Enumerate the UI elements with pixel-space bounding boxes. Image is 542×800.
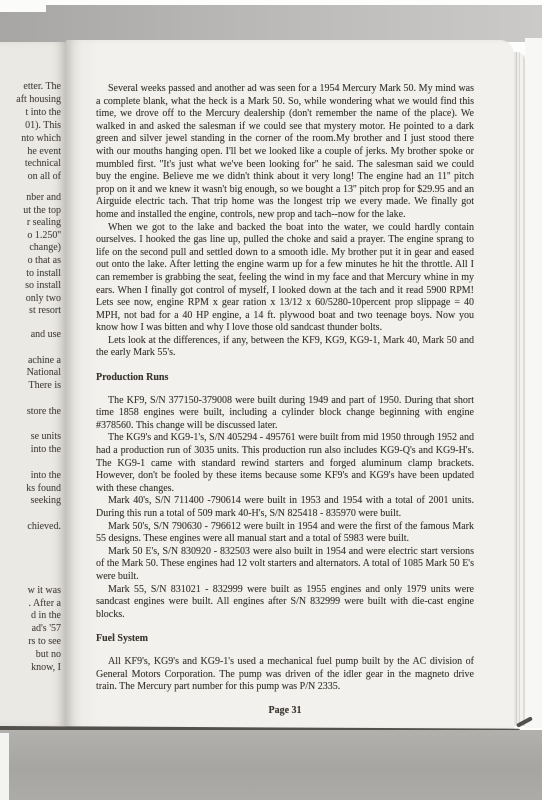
- body-paragraph: Several weeks passed and another ad was …: [96, 83, 474, 222]
- bleed-text-fragment: seeking: [30, 495, 61, 507]
- bleed-text-fragment: etter. The: [23, 81, 61, 93]
- bleed-text-fragment: 01). This: [25, 120, 61, 132]
- page-number: Page 31: [96, 705, 474, 718]
- body-paragraph: All KF9's, KG9's and KG9-1's used a mech…: [96, 656, 474, 694]
- bleed-text-fragment: so install: [25, 280, 61, 292]
- bleed-text-fragment: aft housing: [16, 94, 61, 106]
- bleed-text-fragment: store the: [27, 406, 61, 418]
- bleed-text-fragment: r sealing: [27, 217, 61, 229]
- body-paragraph: Lets look at the differences, if any, be…: [96, 335, 474, 360]
- scanner-background-bottom: [0, 730, 542, 800]
- page-content: Several weeks passed and another ad was …: [96, 83, 474, 717]
- section-heading: Fuel System: [96, 633, 474, 646]
- scanner-edge-bottom-left: [0, 733, 9, 800]
- scanner-edge-corner: [0, 0, 46, 12]
- bleed-text-fragment: t into the: [25, 107, 61, 119]
- bleed-text-fragment: National: [27, 367, 61, 379]
- bleed-text-fragment: st resort: [29, 305, 61, 317]
- body-paragraph: Mark 50's, S/N 790630 - 796612 were buil…: [96, 521, 474, 546]
- bleed-text-fragment: . After a: [29, 598, 62, 610]
- bleed-text-fragment: change): [29, 242, 61, 254]
- bleed-text-fragment: know, I: [31, 662, 61, 674]
- bleed-text-fragment: only two: [26, 293, 61, 305]
- scanner-background-right: [525, 38, 542, 728]
- bleed-text-fragment: rs to see: [28, 636, 61, 648]
- page-stack-edges: [514, 52, 525, 726]
- bleed-text-fragment: d in the: [31, 610, 61, 622]
- bleed-text-fragment: to install: [26, 268, 61, 280]
- bleed-text-fragment: but no: [36, 649, 61, 661]
- bleed-text-fragment: nber and: [26, 192, 61, 204]
- body-paragraph: Mark 50 E's, S/N 830920 - 832503 were al…: [96, 546, 474, 584]
- body-paragraph: Mark 55, S/N 831021 - 832999 were built …: [96, 584, 474, 622]
- bleed-text-fragment: se units: [31, 431, 61, 443]
- bleed-text-fragment: into the: [31, 444, 61, 456]
- bleed-text-fragment: he event: [27, 146, 61, 158]
- body-paragraph: When we got to the lake and backed the b…: [96, 222, 474, 335]
- scanner-background-top: [0, 5, 542, 42]
- scanned-book-page: etter. Theaft housingt into the01). This…: [0, 0, 542, 800]
- bleed-text-fragment: w it was: [28, 585, 61, 597]
- section-heading: Production Runs: [96, 372, 474, 385]
- bleed-text-fragment: o that as: [28, 255, 61, 267]
- bleed-text-fragment: o 1.250'': [27, 230, 61, 242]
- bleed-text-fragment: on all of: [28, 171, 61, 183]
- body-paragraph: Mark 40's, S/N 711400 -790614 were built…: [96, 495, 474, 520]
- bleed-text-fragment: chieved.: [27, 521, 61, 533]
- body-paragraph: The KF9, S/N 377150-379008 were built du…: [96, 395, 474, 433]
- bleed-text-fragment: achine a: [28, 355, 61, 367]
- bleed-text-fragment: ad's '57: [32, 623, 61, 635]
- bleed-text-fragment: nto which: [21, 133, 61, 145]
- book-page: Several weeks passed and another ad was …: [66, 40, 514, 730]
- bleed-text-fragment: into the: [31, 470, 61, 482]
- bleed-text-fragment: There is: [29, 380, 62, 392]
- bleed-text-fragment: and use: [31, 329, 61, 341]
- facing-page-sliver: etter. Theaft housingt into the01). This…: [0, 42, 66, 726]
- bleed-text-fragment: ks found: [26, 483, 61, 495]
- bleed-text-fragment: technical: [25, 158, 61, 170]
- bleed-text-fragment: ut the top: [23, 205, 61, 217]
- body-paragraph: The KG9's and KG9-1's, S/N 405294 - 4957…: [96, 432, 474, 495]
